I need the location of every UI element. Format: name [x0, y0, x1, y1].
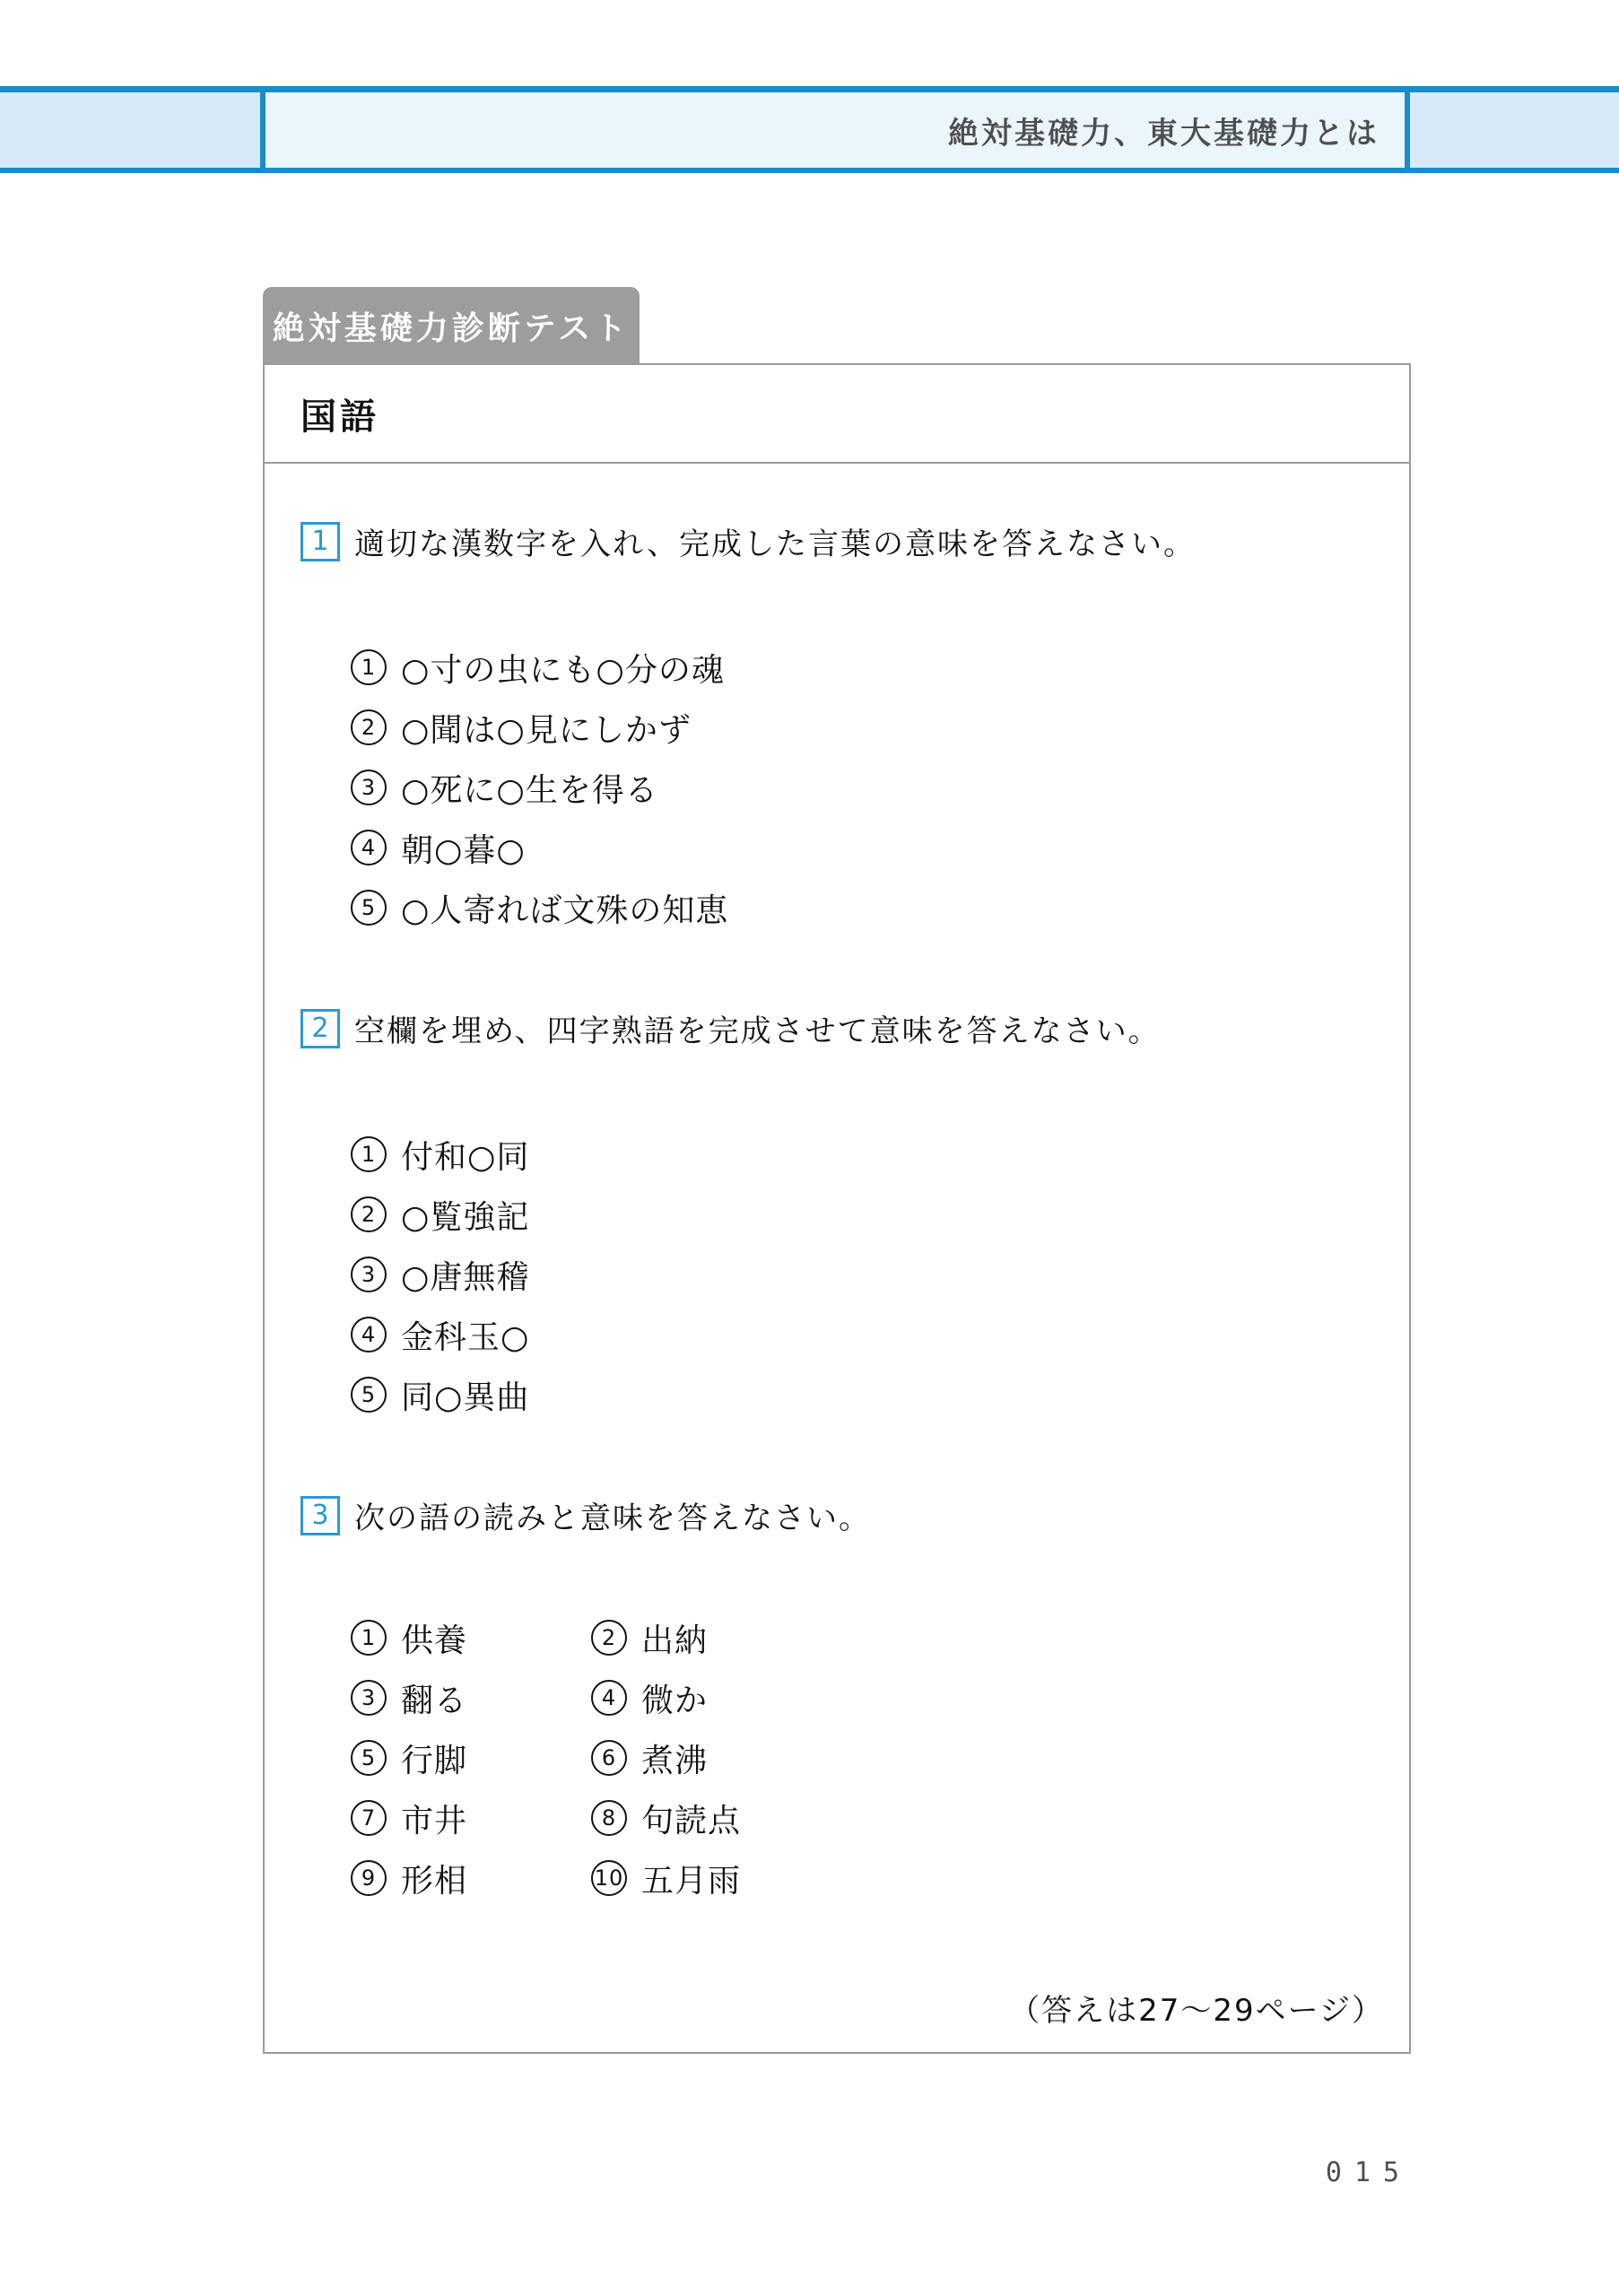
item-number-circle: 1	[351, 1136, 387, 1172]
item-text: 行脚	[401, 1735, 467, 1781]
page-number: 015	[1326, 2157, 1412, 2188]
question-3-number-badge: 3	[300, 1496, 340, 1535]
question-3-header: 3 次の語の読みと意味を答えなさい。	[300, 1493, 1373, 1537]
header-band-right-cell	[1410, 92, 1619, 168]
header-band-left-cell	[0, 92, 265, 168]
question-1-items: 1 ○寸の虫にも○分の魂 2 ○聞は○見にしかず 3 ○死に○生を得る 4 朝○…	[351, 648, 1409, 927]
question-2-header: 2 空欄を埋め、四字熟語を完成させて意味を答えなさい。	[300, 1006, 1373, 1050]
list-item: 4 朝○暮○	[351, 828, 1409, 867]
item-number-circle: 2	[351, 1196, 387, 1232]
question-3-prompt: 次の語の読みと意味を答えなさい。	[354, 1493, 871, 1537]
list-item: 1 付和○同	[351, 1135, 1409, 1174]
list-item: 5 行脚	[351, 1738, 591, 1778]
item-text: 翻る	[401, 1675, 467, 1721]
question-1-prompt: 適切な漢数字を入れ、完成した言葉の意味を答えなさい。	[354, 519, 1196, 563]
question-3-items: 1 供養 2 出納 3 翻る 4 微か 5 行脚 6	[351, 1618, 1409, 1898]
item-text: ○寸の虫にも○分の魂	[401, 645, 725, 691]
list-item: 6 煮沸	[591, 1738, 708, 1778]
list-row: 5 行脚 6 煮沸	[351, 1738, 1409, 1778]
item-number-circle: 4	[351, 830, 387, 865]
item-text: 付和○同	[401, 1132, 529, 1178]
question-2-prompt: 空欄を埋め、四字熟語を完成させて意味を答えなさい。	[354, 1006, 1161, 1050]
item-text: ○聞は○見にしかず	[401, 705, 692, 751]
list-item: 3 ○唐無稽	[351, 1255, 1409, 1294]
item-number-circle: 5	[351, 1377, 387, 1413]
item-text: 出納	[641, 1615, 708, 1661]
item-text: 金科玉○	[401, 1312, 529, 1358]
item-text: 市井	[401, 1796, 467, 1841]
item-text: ○覧強記	[401, 1192, 529, 1238]
item-number-circle: 7	[351, 1800, 387, 1836]
item-number-circle: 6	[591, 1740, 627, 1776]
item-number-circle: 2	[591, 1620, 627, 1656]
diagnostic-test-tab: 絶対基礎力診断テスト	[263, 287, 640, 364]
item-text: 微か	[641, 1675, 708, 1721]
section-title: 国語	[265, 365, 1409, 464]
question-2-items: 1 付和○同 2 ○覧強記 3 ○唐無稽 4 金科玉○ 5 同○異曲	[351, 1135, 1409, 1414]
list-row: 7 市井 8 句読点	[351, 1798, 1409, 1838]
item-text: 供養	[401, 1615, 467, 1661]
header-band-middle-cell: 絶対基礎力、東大基礎力とは	[265, 92, 1410, 168]
list-item: 2 出納	[591, 1618, 708, 1657]
item-text: 五月雨	[641, 1856, 741, 1901]
list-row: 9 形相 10 五月雨	[351, 1858, 1409, 1898]
list-item: 1 ○寸の虫にも○分の魂	[351, 648, 1409, 687]
item-number-circle: 5	[351, 890, 387, 926]
item-number-circle: 8	[591, 1800, 627, 1836]
list-row: 1 供養 2 出納	[351, 1618, 1409, 1657]
list-item: 2 ○聞は○見にしかず	[351, 708, 1409, 747]
question-1-header: 1 適切な漢数字を入れ、完成した言葉の意味を答えなさい。	[300, 519, 1373, 563]
item-number-circle: 3	[351, 1257, 387, 1292]
list-item: 9 形相	[351, 1858, 591, 1898]
list-item: 7 市井	[351, 1798, 591, 1838]
header-band: 絶対基礎力、東大基礎力とは	[0, 86, 1619, 173]
item-text: 同○異曲	[401, 1372, 529, 1418]
item-text: ○唐無稽	[401, 1252, 529, 1298]
item-number-circle: 2	[351, 709, 387, 745]
item-number-circle: 10	[591, 1860, 627, 1896]
item-number-circle: 4	[351, 1317, 387, 1352]
content-box: 国語 1 適切な漢数字を入れ、完成した言葉の意味を答えなさい。 1 ○寸の虫にも…	[263, 363, 1411, 2054]
item-text: ○死に○生を得る	[401, 765, 658, 811]
list-item: 4 金科玉○	[351, 1315, 1409, 1354]
list-item: 4 微か	[591, 1678, 708, 1718]
list-item: 3 翻る	[351, 1678, 591, 1718]
item-text: 句読点	[641, 1796, 741, 1841]
question-1-number-badge: 1	[300, 522, 340, 561]
item-text: 煮沸	[641, 1735, 708, 1781]
list-item: 10 五月雨	[591, 1858, 741, 1898]
list-item: 5 同○異曲	[351, 1375, 1409, 1414]
item-text: ○人寄れば文殊の知恵	[401, 885, 728, 931]
answer-note: （答えは27～29ページ）	[265, 1991, 1409, 2031]
diagnostic-test-tab-label: 絶対基礎力診断テスト	[273, 303, 631, 349]
item-number-circle: 3	[351, 770, 387, 805]
list-item: 5 ○人寄れば文殊の知恵	[351, 888, 1409, 927]
item-number-circle: 1	[351, 649, 387, 685]
item-number-circle: 5	[351, 1740, 387, 1776]
list-item: 2 ○覧強記	[351, 1195, 1409, 1234]
item-number-circle: 9	[351, 1860, 387, 1896]
header-title: 絶対基礎力、東大基礎力とは	[948, 109, 1380, 152]
item-number-circle: 4	[591, 1680, 627, 1716]
item-text: 形相	[401, 1856, 467, 1901]
list-item: 3 ○死に○生を得る	[351, 768, 1409, 807]
list-row: 3 翻る 4 微か	[351, 1678, 1409, 1718]
list-item: 1 供養	[351, 1618, 591, 1657]
item-number-circle: 3	[351, 1680, 387, 1716]
item-text: 朝○暮○	[401, 825, 526, 871]
list-item: 8 句読点	[591, 1798, 741, 1838]
item-number-circle: 1	[351, 1620, 387, 1656]
question-2-number-badge: 2	[300, 1009, 340, 1048]
